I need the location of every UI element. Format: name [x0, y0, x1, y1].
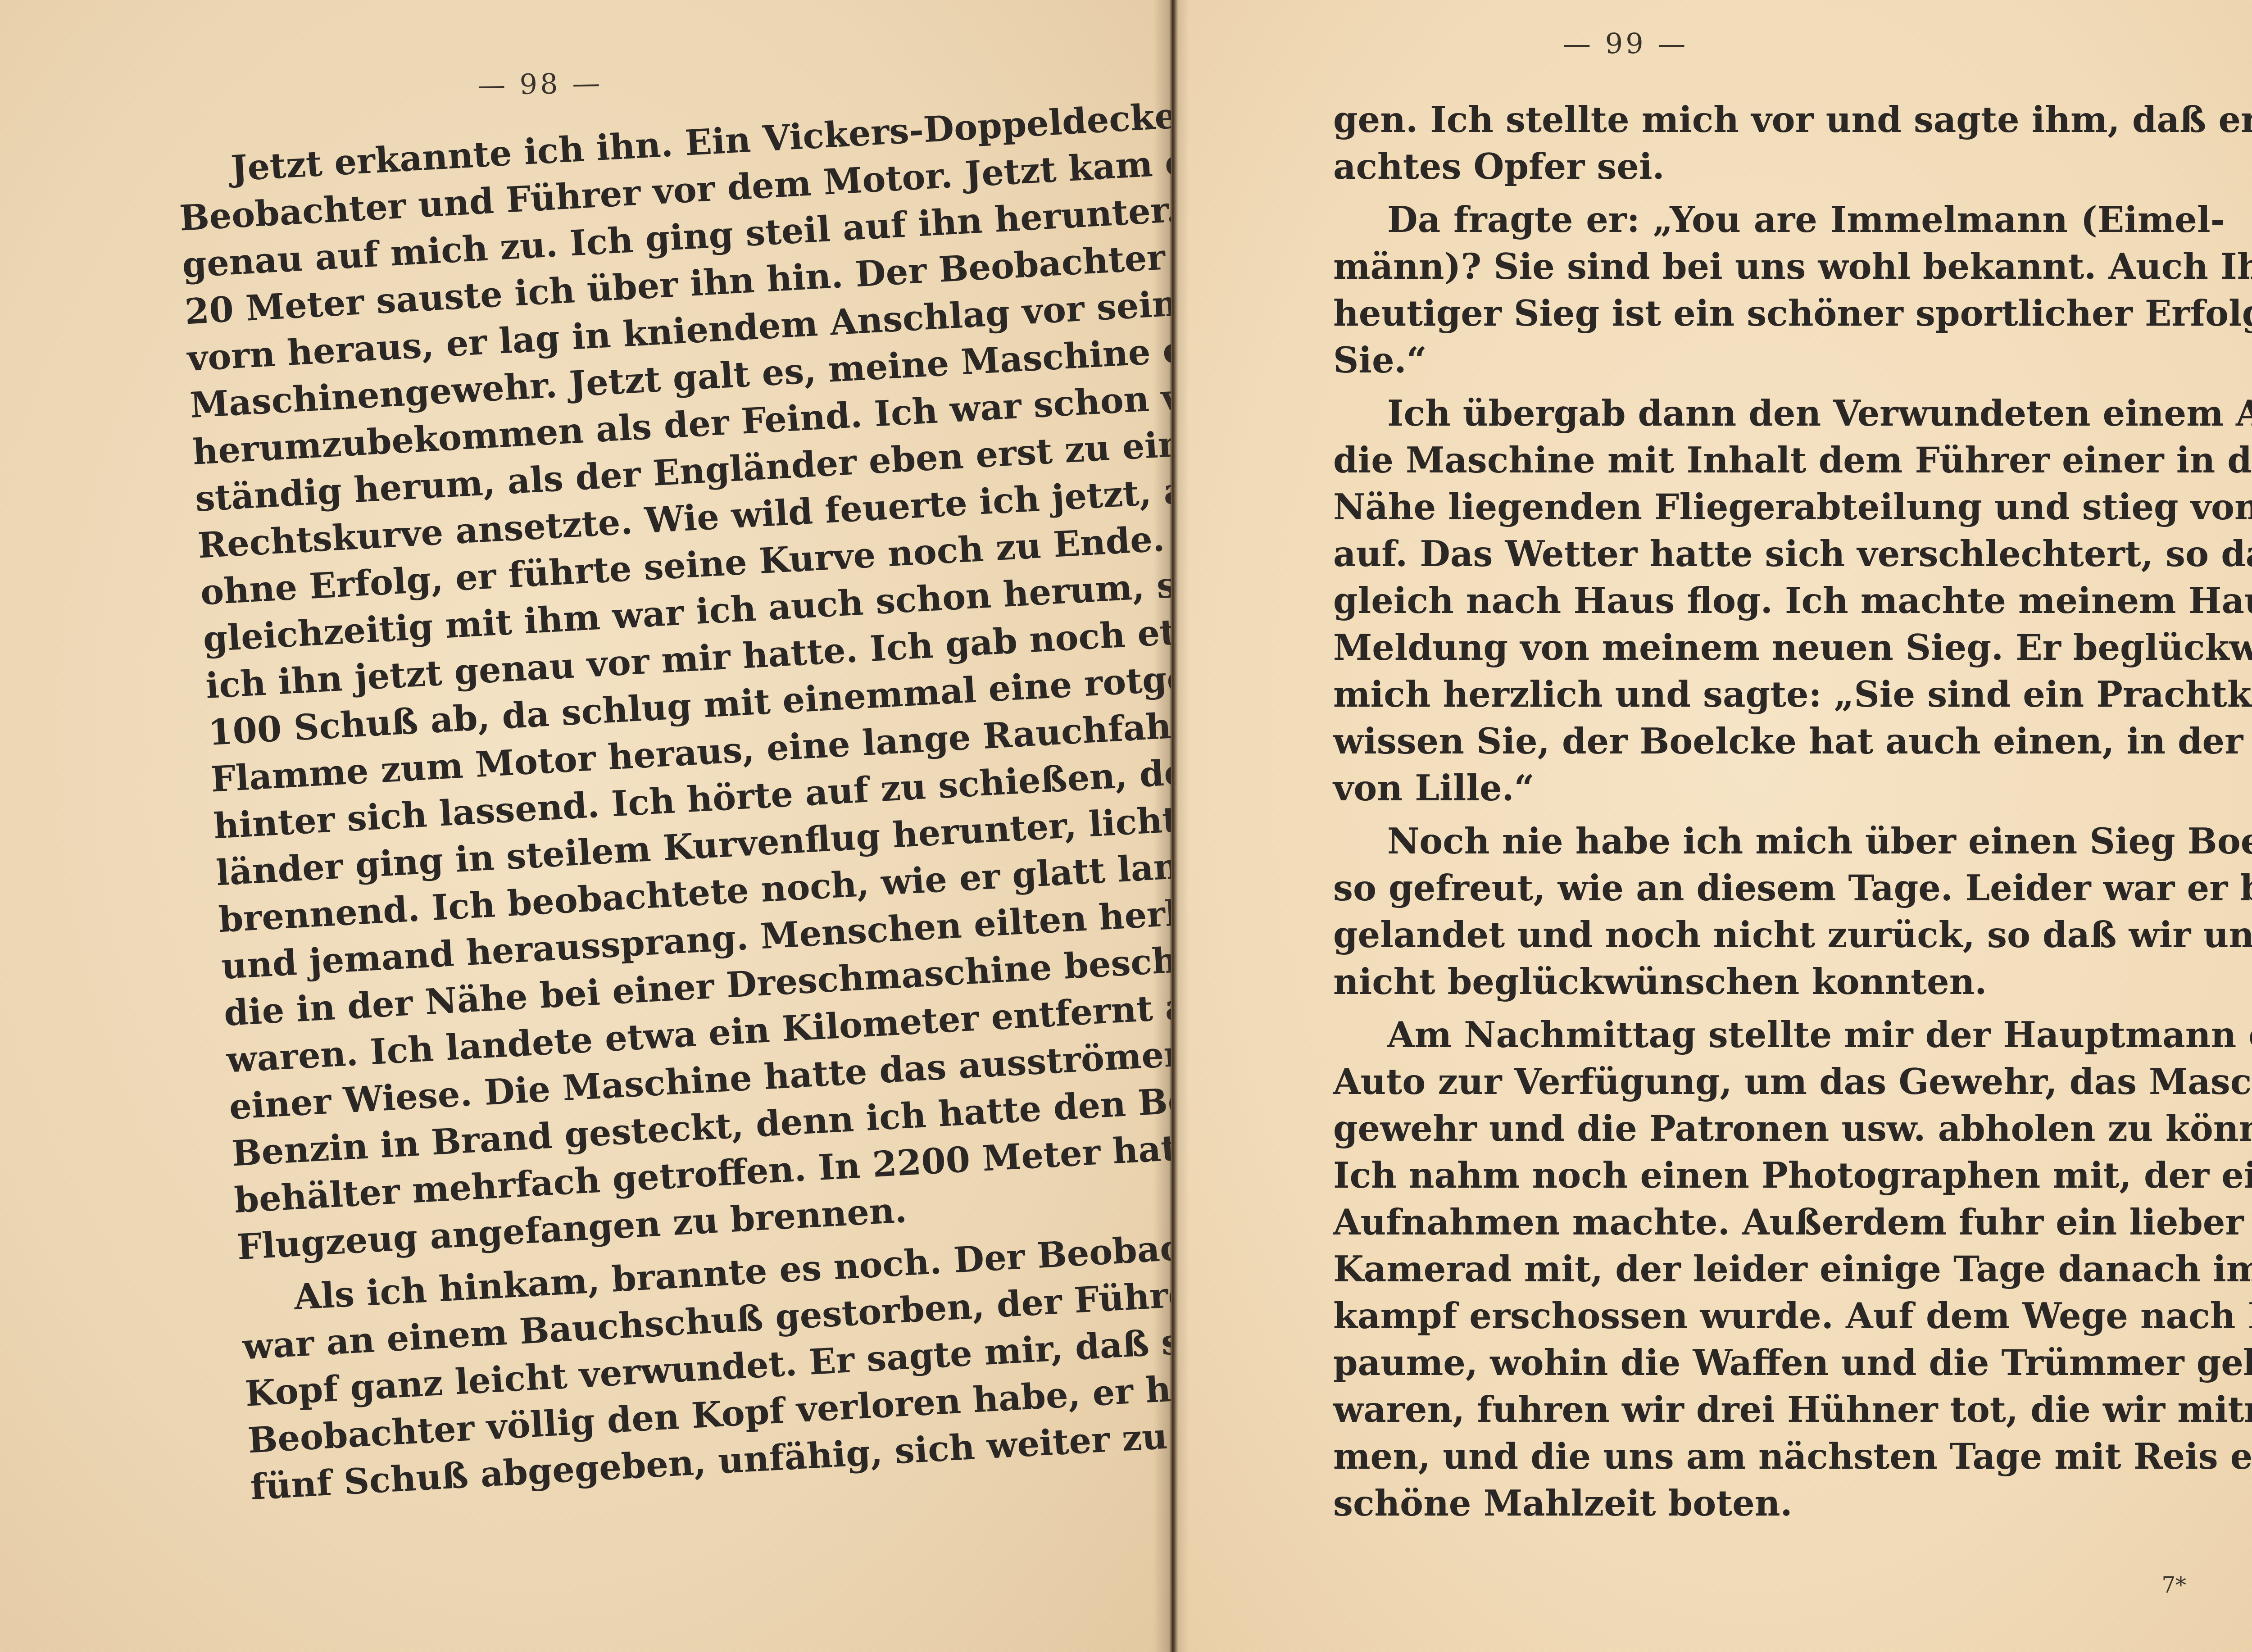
text-line: Nähe liegenden Fliegerabteilung und stie…: [1333, 484, 2225, 531]
book-spread: — 98 — Jetzt erkannte ich ihn. Ein Vicke…: [0, 0, 2252, 1652]
page-body: gen. Ich stellte mich vor und sagte ihm,…: [1333, 97, 2225, 1527]
text-line: auf. Das Wetter hatte sich verschlechter…: [1333, 531, 2225, 578]
paragraph: Ich übergab dann den Verwundeten einem A…: [1333, 390, 2225, 812]
text-line: von Lille.“: [1333, 765, 2225, 812]
left-page: — 98 — Jetzt erkannte ich ihn. Ein Vicke…: [0, 0, 1171, 1652]
text-line: kampf erschossen wurde. Auf dem Wege nac…: [1333, 1293, 2225, 1340]
paragraph: Noch nie habe ich mich über einen Sieg B…: [1333, 818, 2225, 1006]
right-page: — 99 — gen. Ich stellte mich vor und sag…: [1171, 0, 2252, 1652]
text-line: paume, wohin die Waffen und die Trümmer …: [1333, 1340, 2225, 1387]
text-line: Noch nie habe ich mich über einen Sieg B…: [1333, 818, 2225, 865]
text-line: waren, fuhren wir drei Hühner tot, die w…: [1333, 1387, 2225, 1434]
book-gutter: [1153, 0, 1189, 1652]
text-line: Kamerad mit, der leider einige Tage dana…: [1333, 1246, 2225, 1293]
text-line: Ich nahm noch einen Photographen mit, de…: [1333, 1153, 2225, 1199]
text-line: wissen Sie, der Boelcke hat auch einen, …: [1333, 718, 2225, 765]
text-line: Meldung von meinem neuen Sieg. Er beglüc…: [1333, 625, 2225, 672]
text-line: achtes Opfer sei.: [1333, 144, 2225, 191]
paragraph: Als ich hinkam, brannte es noch. Der Beo…: [239, 1228, 1142, 1511]
text-line: Sie.“: [1333, 337, 2225, 384]
paragraph: gen. Ich stellte mich vor und sagte ihm,…: [1333, 97, 2225, 191]
text-line: gleich nach Haus flog. Ich machte meinem…: [1333, 578, 2225, 625]
paragraph: Da fragte er: „You are Immelmann (Eimel-…: [1333, 197, 2225, 384]
page-number: — 98 —: [477, 67, 603, 102]
text-line: Am Nachmittag stellte mir der Hauptmann …: [1333, 1012, 2225, 1059]
text-line: so gefreut, wie an diesem Tage. Leider w…: [1333, 865, 2225, 912]
text-line: Auto zur Verfügung, um das Gewehr, das M…: [1333, 1059, 2225, 1106]
paragraph: Am Nachmittag stellte mir der Hauptmann …: [1333, 1012, 2225, 1527]
text-line: nicht beglückwünschen konnten.: [1333, 959, 2225, 1006]
text-line: die Maschine mit Inhalt dem Führer einer…: [1333, 437, 2225, 484]
text-line: mich herzlich und sagte: „Sie sind ein P…: [1333, 672, 2225, 718]
text-line: gelandet und noch nicht zurück, so daß w…: [1333, 912, 2225, 959]
text-line: heutiger Sieg ist ein schöner sportliche…: [1333, 290, 2225, 337]
page-number: — 99 —: [1563, 27, 1688, 60]
page-body: Jetzt erkannte ich ihn. Ein Vickers-Dopp…: [176, 99, 1142, 1511]
text-line: men, und die uns am nächsten Tage mit Re…: [1333, 1434, 2225, 1480]
text-line: schöne Mahlzeit boten.: [1333, 1480, 2225, 1527]
signature-mark: 7*: [2161, 1573, 2186, 1598]
text-line: männ)? Sie sind bei uns wohl bekannt. Au…: [1333, 244, 2225, 290]
text-line: Ich übergab dann den Verwundeten einem A…: [1333, 390, 2225, 437]
text-line: gen. Ich stellte mich vor und sagte ihm,…: [1333, 97, 2225, 144]
text-line: gewehr und die Patronen usw. abholen zu …: [1333, 1106, 2225, 1153]
text-line: Aufnahmen machte. Außerdem fuhr ein lieb…: [1333, 1199, 2225, 1246]
paragraph: Jetzt erkannte ich ihn. Ein Vickers-Dopp…: [176, 99, 1129, 1271]
text-line: Da fragte er: „You are Immelmann (Eimel-: [1333, 197, 2225, 244]
